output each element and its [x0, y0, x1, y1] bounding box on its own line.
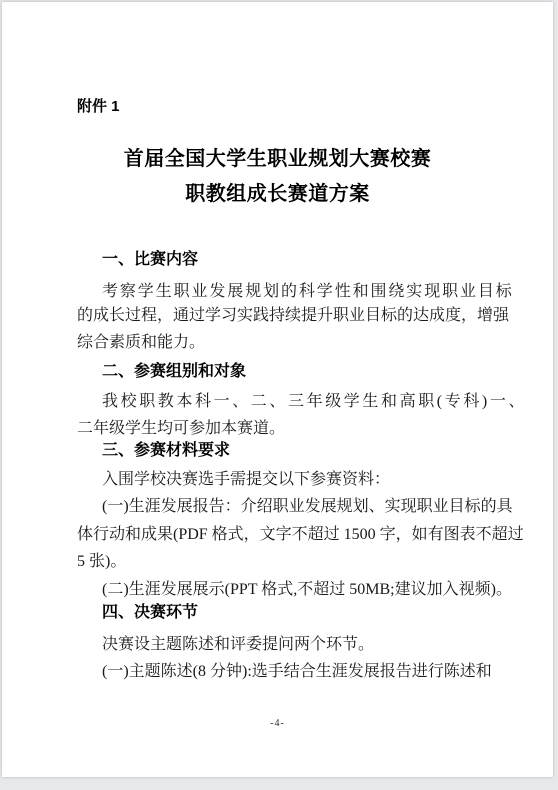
body-line: 的成长过程，通过学习实践持续提升职业目标的达成度，增强: [77, 302, 509, 329]
body-line: 入围学校决赛选手需提交以下参赛资料：: [102, 466, 390, 493]
document-page: 附件 1 首届全国大学生职业规划大赛校赛 职教组成长赛道方案 一、比赛内容 考察…: [2, 2, 553, 777]
attachment-label: 附件 1: [77, 97, 120, 117]
document-title-line-1: 首届全国大学生职业规划大赛校赛: [2, 146, 553, 173]
body-line: 决赛设主题陈述和评委提问两个环节。: [102, 631, 374, 658]
page-number: -4-: [2, 717, 553, 731]
body-line: (一)生涯发展报告：介绍职业发展规划、实现职业目标的具: [102, 493, 513, 520]
document-title-line-2: 职教组成长赛道方案: [2, 181, 553, 208]
body-line: 体行动和成果(PDF 格式，文字不超过 1500 字，如有图表不超过: [77, 521, 524, 548]
section-heading-3: 三、参赛材料要求: [102, 437, 230, 464]
body-line: 考察学生职业发展规划的科学性和围绕实现职业目标: [102, 278, 514, 305]
body-line: 综合素质和能力。: [77, 329, 205, 356]
body-line: (一)主题陈述(8 分钟):选手结合生涯发展报告进行陈述和: [102, 658, 492, 685]
body-line: 我校职教本科一、二、三年级学生和高职(专科)一、: [102, 388, 527, 415]
section-heading-2: 二、参赛组别和对象: [102, 358, 246, 385]
section-heading-1: 一、比赛内容: [102, 246, 198, 273]
section-heading-4: 四、决赛环节: [102, 599, 198, 626]
body-line: 5 张)。: [77, 548, 126, 575]
